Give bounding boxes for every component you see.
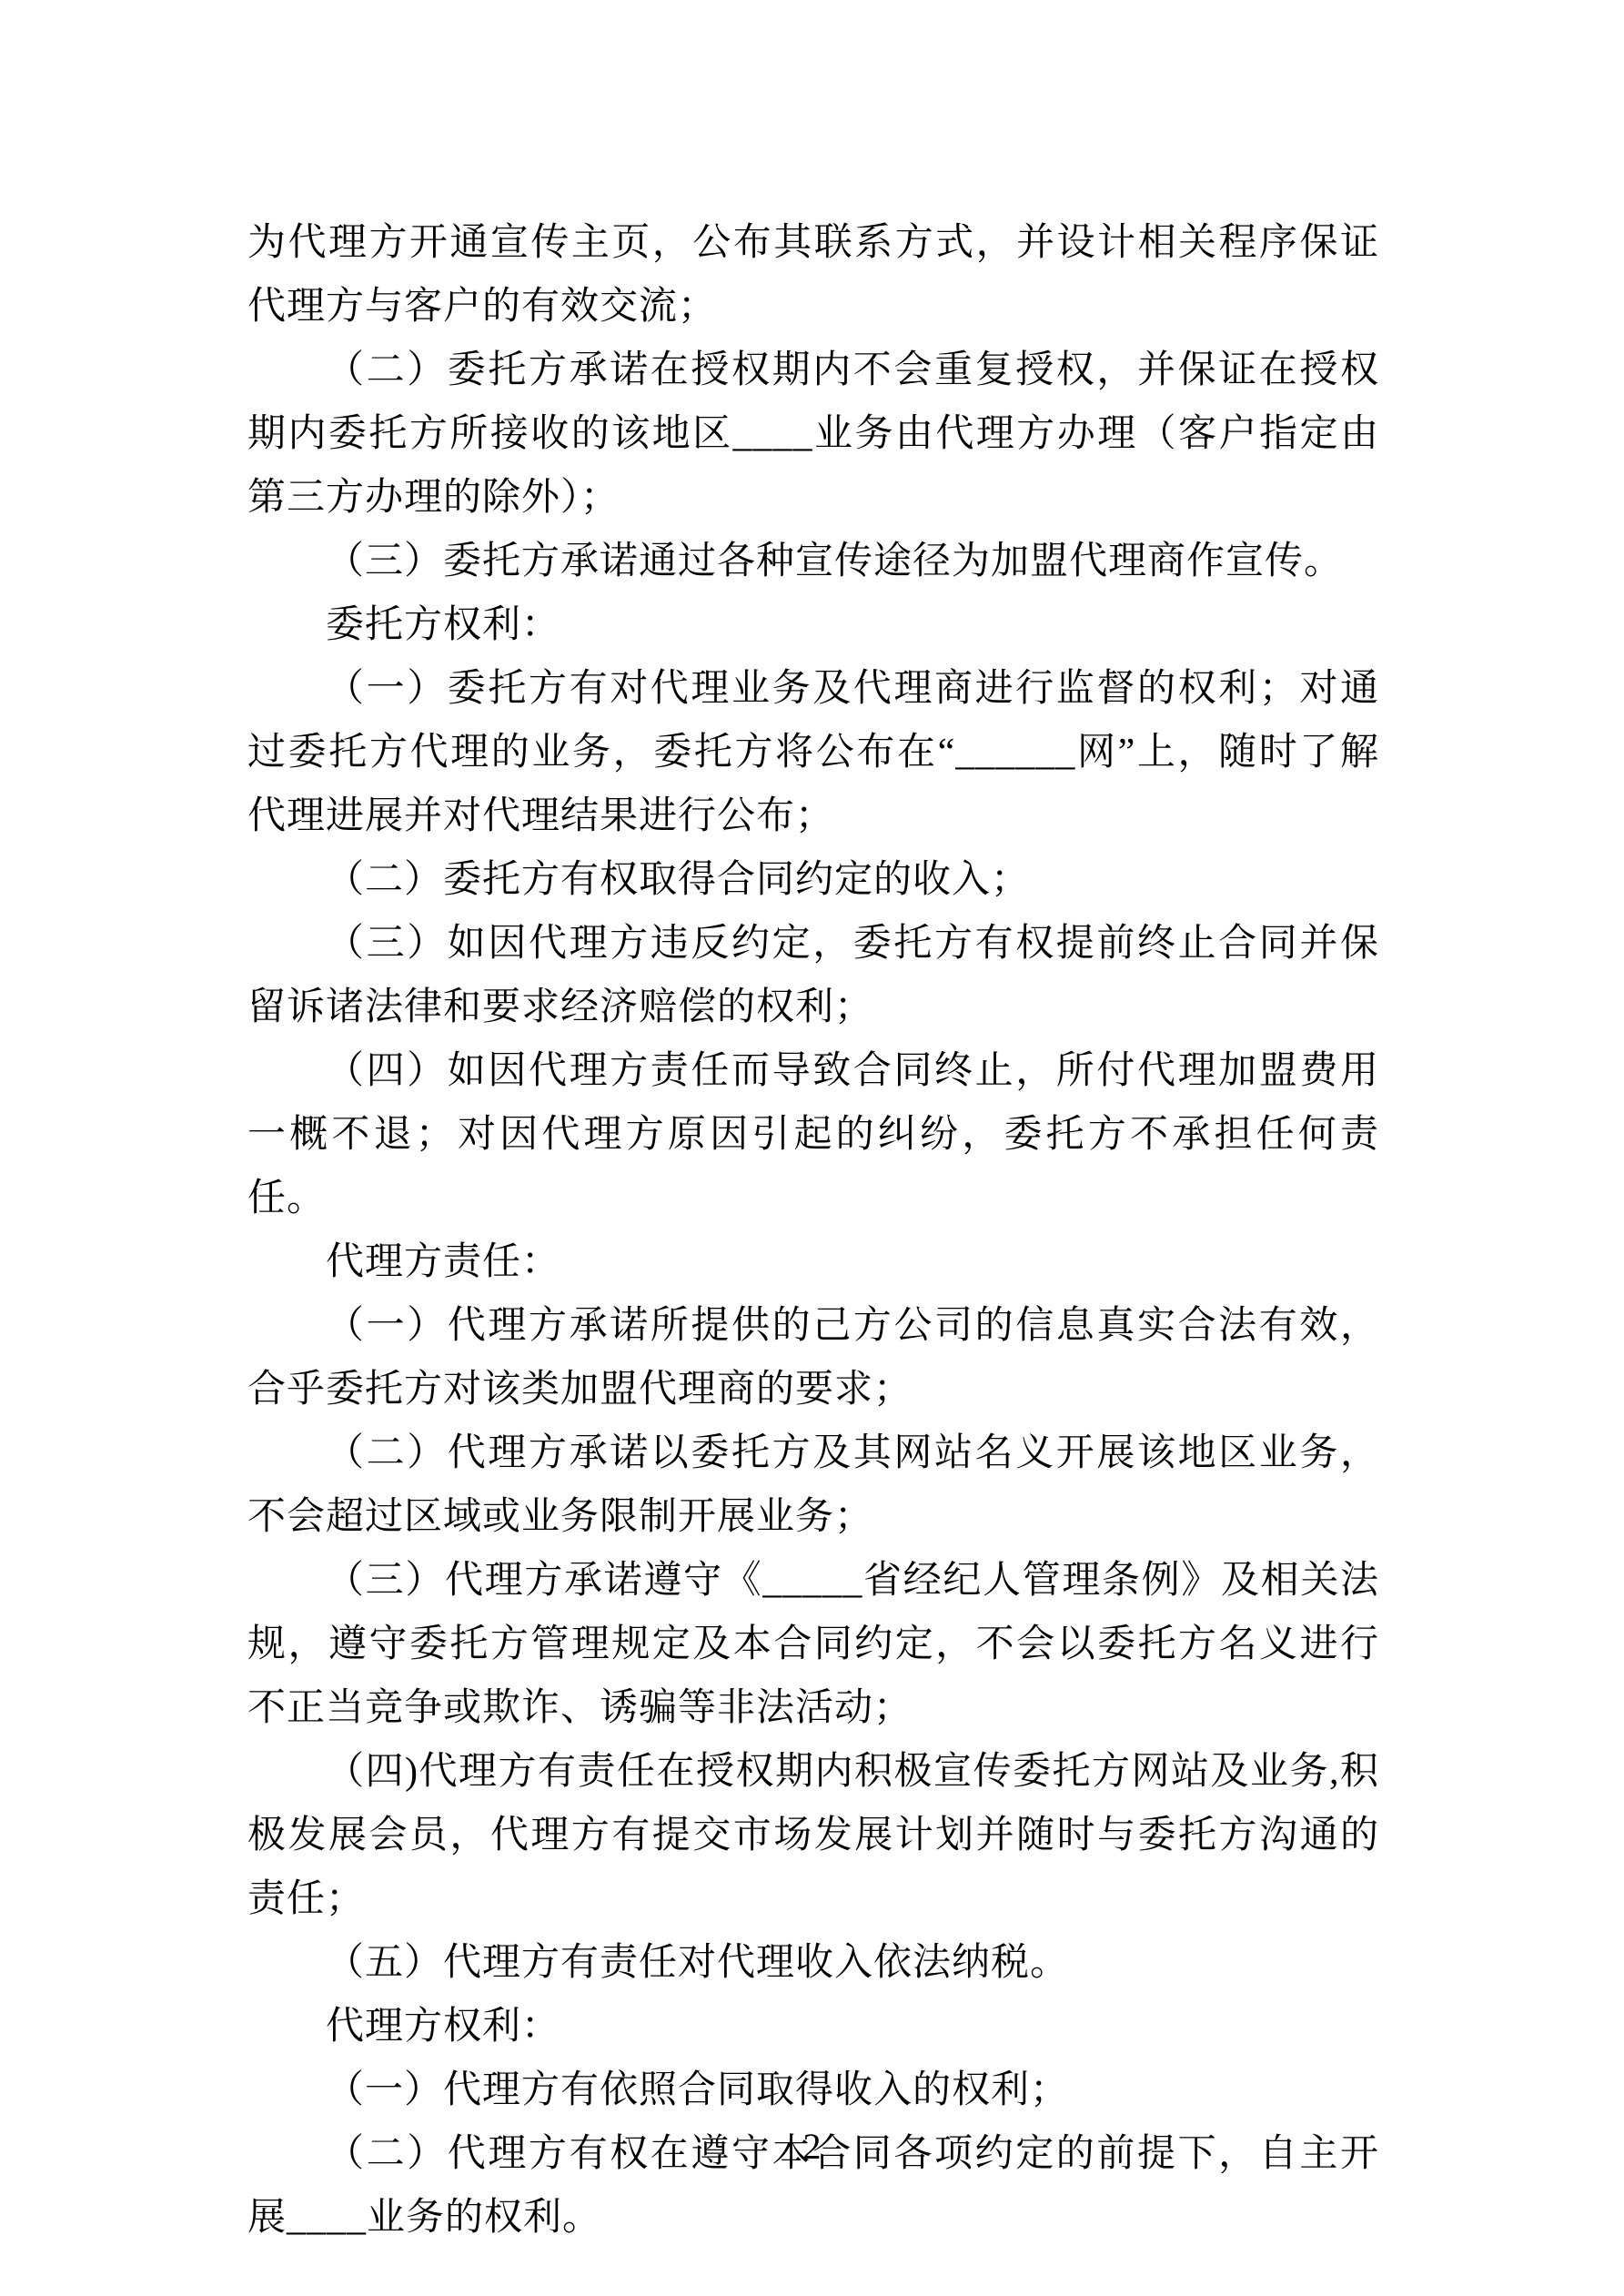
section-heading: 代理方责任： [247,1230,1379,1294]
contract-page: 为代理方开通宣传主页，公布其联系方式，并设计相关程序保证代理方与客户的有效交流；… [0,0,1624,2296]
section-heading: 代理方权利： [247,1995,1379,2058]
body-paragraph: 为代理方开通宣传主页，公布其联系方式，并设计相关程序保证代理方与客户的有效交流； [247,211,1379,339]
body-paragraph: （二）委托方有权取得合同约定的收入； [247,848,1379,912]
body-paragraph: （三）代理方承诺遵守《_____省经纪人管理条例》及相关法规，遵守委托方管理规定… [247,1549,1379,1740]
body-paragraph: （一）委托方有对代理业务及代理商进行监督的权利；对通过委托方代理的业务，委托方将… [247,657,1379,848]
body-paragraph: （一）代理方承诺所提供的己方公司的信息真实合法有效，合乎委托方对该类加盟代理商的… [247,1294,1379,1421]
page-number: 2 [0,2125,1624,2169]
contract-body: 为代理方开通宣传主页，公布其联系方式，并设计相关程序保证代理方与客户的有效交流；… [247,211,1379,2250]
section-heading: 委托方权利： [247,593,1379,657]
body-paragraph: （二）代理方承诺以委托方及其网站名义开展该地区业务，不会超过区域或业务限制开展业… [247,1421,1379,1549]
body-paragraph: （一）代理方有依照合同取得收入的权利； [247,2058,1379,2122]
body-paragraph: （五）代理方有责任对代理收入依法纳税。 [247,1931,1379,1995]
body-paragraph: （四)代理方有责任在授权期内积极宣传委托方网站及业务,积极发展会员，代理方有提交… [247,1740,1379,1931]
body-paragraph: （三）如因代理方违反约定，委托方有权提前终止合同并保留诉诸法律和要求经济赔偿的权… [247,912,1379,1039]
body-paragraph: （二）委托方承诺在授权期内不会重复授权，并保证在授权期内委托方所接收的该地区__… [247,339,1379,530]
body-paragraph: （四）如因代理方责任而导致合同终止，所付代理加盟费用一概不退；对因代理方原因引起… [247,1039,1379,1230]
body-paragraph: （三）委托方承诺通过各种宣传途径为加盟代理商作宣传。 [247,530,1379,593]
